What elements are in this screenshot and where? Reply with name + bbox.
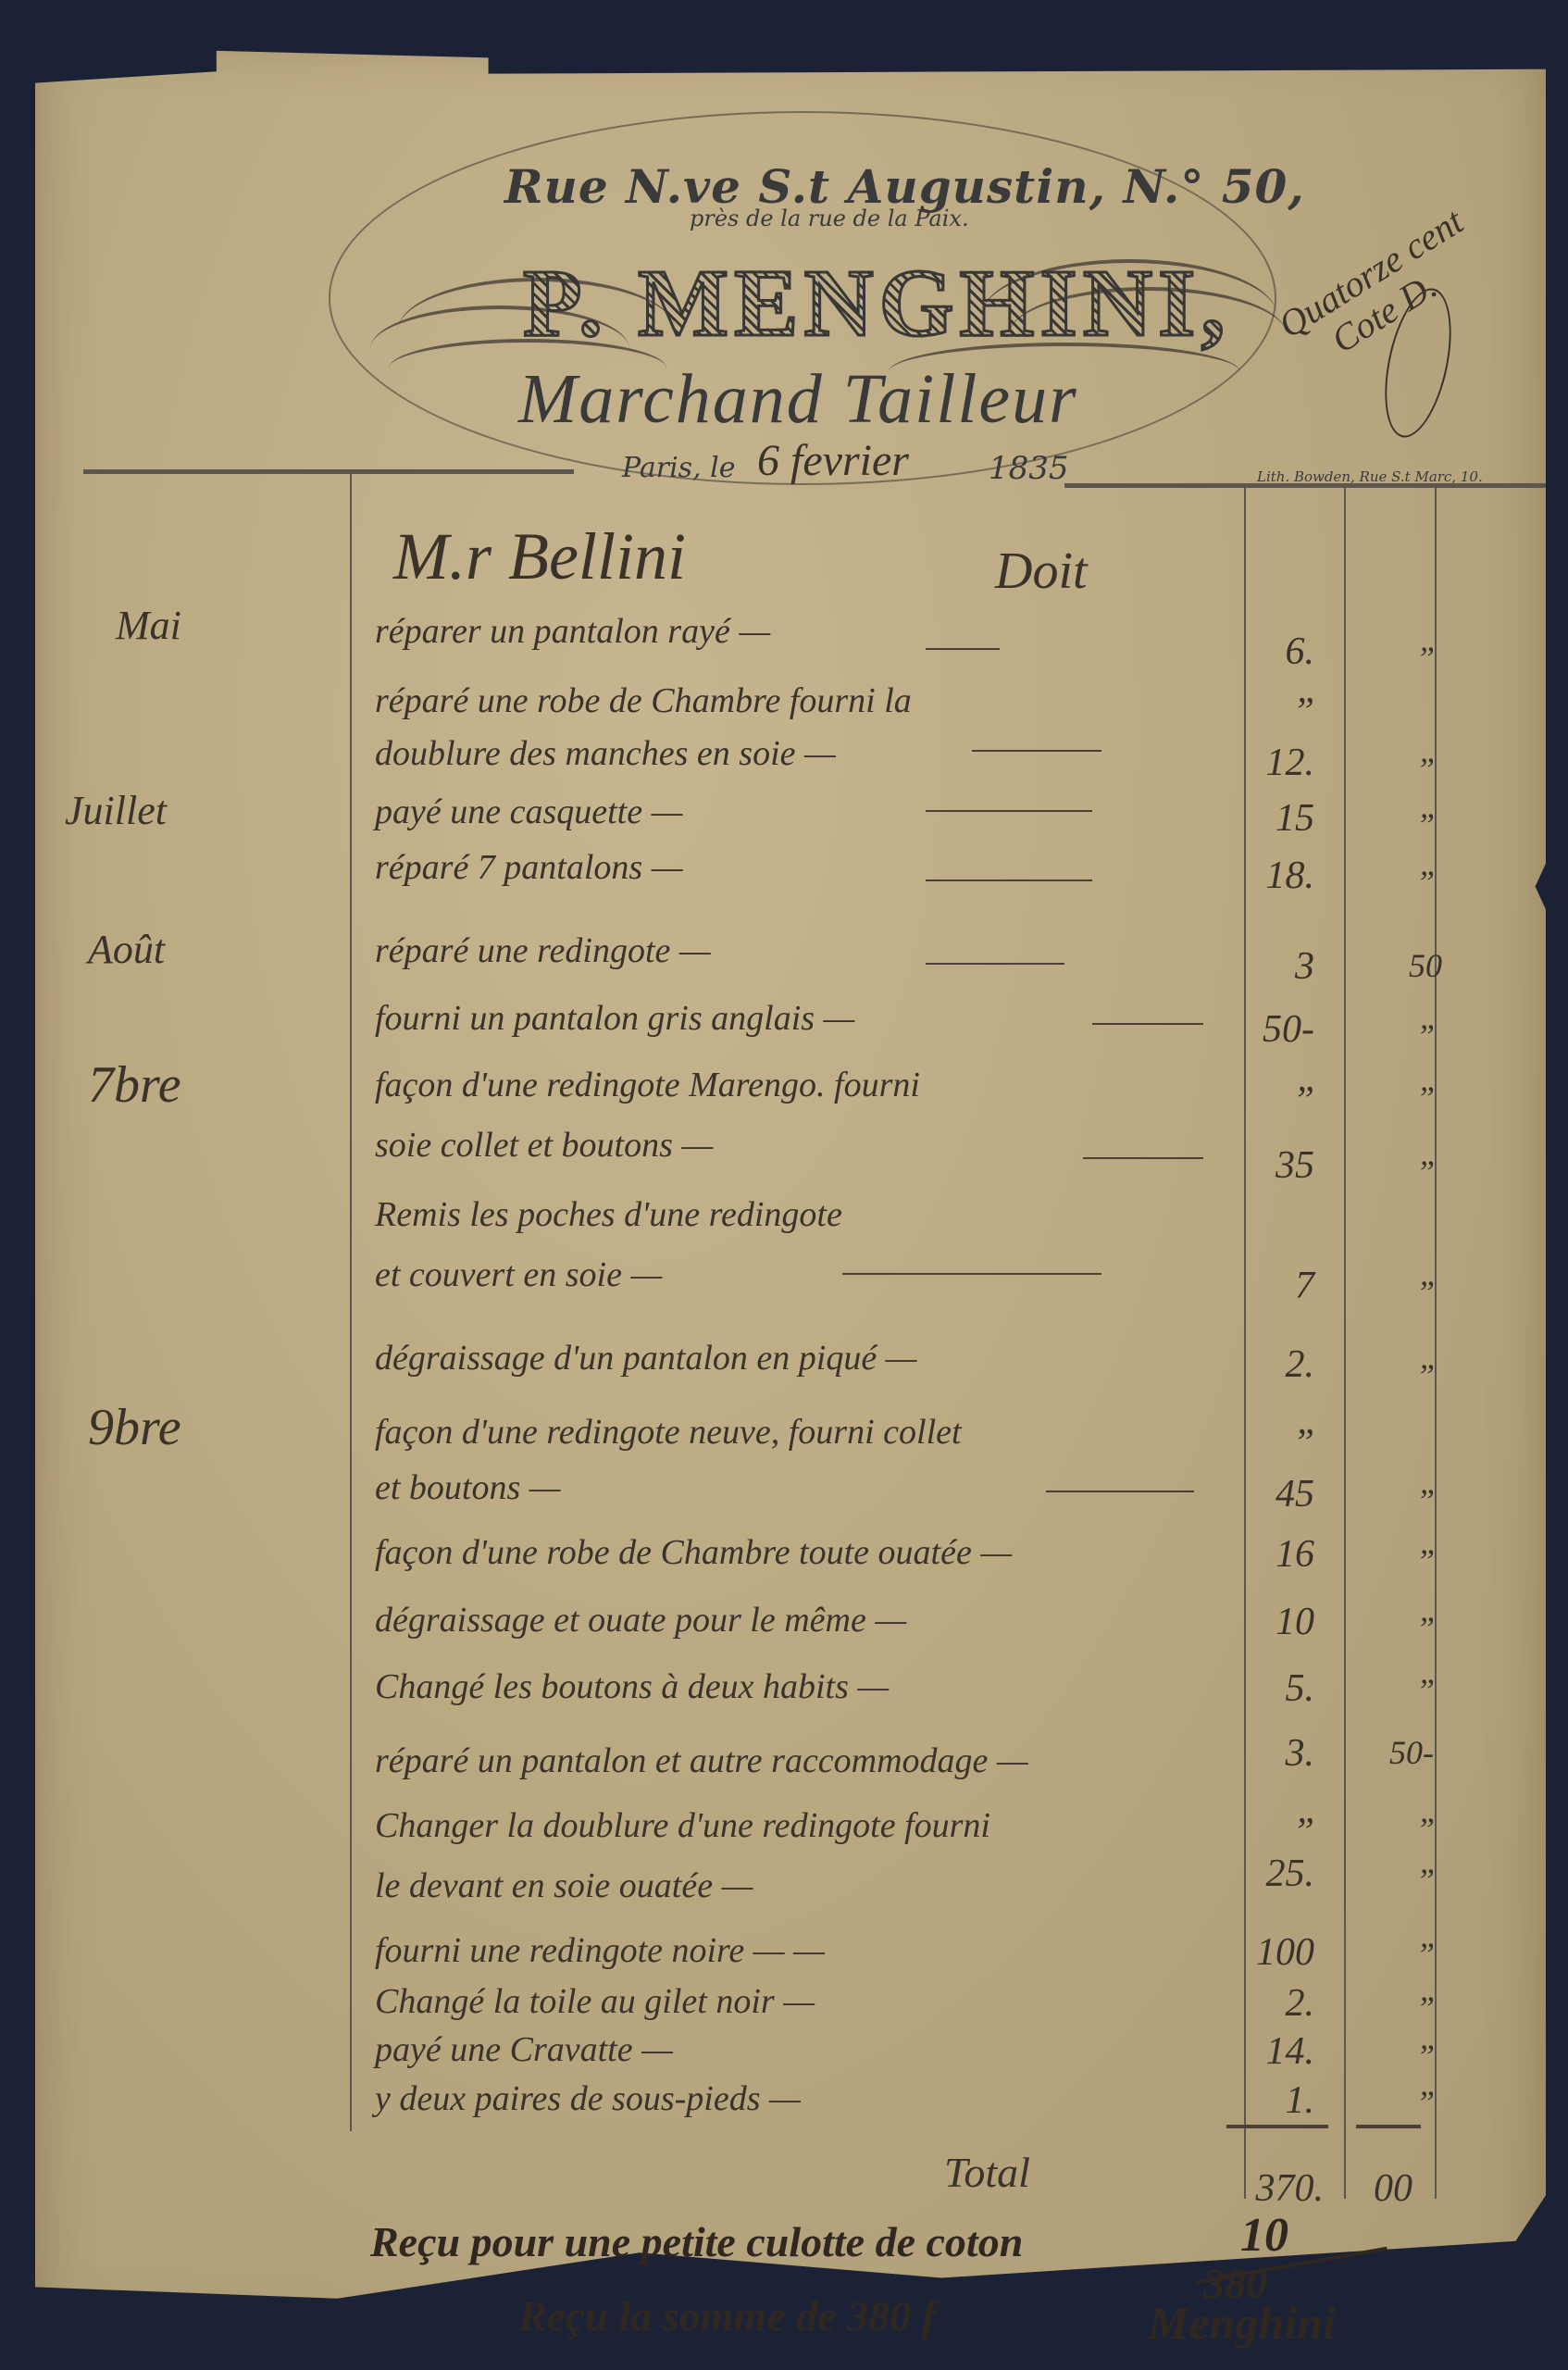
item-description: y deux paires de sous-pieds — [375,2078,801,2119]
item-description: Remis les poches d'une redingote [375,1194,842,1235]
item-cents: ” [1384,1017,1467,1055]
item-description: fourni un pantalon gris anglais — [375,998,854,1039]
fill-dash [972,750,1101,752]
item-cents: ” [1384,639,1467,678]
item-description: soie collet et boutons — [375,1125,713,1166]
item-cents: ” [1384,1989,1467,2027]
addressee: M.r Bellini [393,518,686,595]
item-description: façon d'une robe de Chambre toute ouatée… [375,1532,1012,1573]
item-description: et boutons — [375,1467,561,1508]
item-cents: ” [1384,750,1467,789]
item-cents: 50 [1384,946,1467,985]
item-cents: ” [1384,1356,1467,1395]
place-date-prefix: Paris, le [622,452,735,484]
item-francs: 2. [1222,1342,1314,1387]
item-description: et couvert en soie — [375,1254,662,1295]
item-francs: 100 [1222,1930,1314,1975]
item-cents: ” [1384,2037,1467,2076]
item-month: 7bre [88,1055,181,1115]
total-squiggle-francs [1226,2125,1328,2128]
item-francs: ” [1222,690,1314,734]
item-month: Août [88,926,165,973]
merchant-signature: Menghini [1148,2296,1336,2350]
merchant-trade: Marchand Tailleur [518,359,1078,440]
item-cents: ” [1384,1481,1467,1520]
item-cents: ” [1384,805,1467,844]
item-description: réparer un pantalon rayé — [375,611,770,652]
item-francs: 25. [1222,1852,1314,1896]
item-francs: 16 [1222,1532,1314,1577]
merchant-name: P. MENGHINI, [523,248,1230,358]
item-francs: ” [1222,1421,1314,1466]
item-cents: ” [1384,1810,1467,1849]
item-francs: ” [1222,1079,1314,1123]
item-francs: 18. [1222,854,1314,898]
item-description: Changer la doublure d'une redingote four… [375,1805,990,1846]
item-cents: ” [1384,1609,1467,1648]
item-cents: ” [1384,1861,1467,1900]
receipt-line-1-amount: 10 [1240,2208,1288,2263]
top-rule-right [1064,483,1546,488]
total-squiggle-cents [1356,2125,1421,2128]
item-francs: 3 [1222,944,1314,989]
item-description: payé une Cravatte — [375,2029,673,2070]
item-month: Juillet [65,787,167,834]
item-francs: 6. [1222,630,1314,674]
item-francs: 1. [1222,2078,1314,2123]
item-description: façon d'une redingote neuve, fourni coll… [375,1412,962,1453]
merchant-address-note: près de la rue de la Paix. [690,206,969,231]
item-month: Mai [116,602,181,649]
total-cents: 00 [1351,2166,1435,2211]
item-cents: ” [1384,2083,1467,2122]
item-month: 9bre [88,1398,181,1457]
item-francs: 3. [1222,1731,1314,1776]
item-description: le devant en soie ouatée — [375,1865,753,1906]
item-francs: 50- [1222,1007,1314,1052]
item-description: réparé 7 pantalons — [375,847,683,888]
item-cents: ” [1384,1079,1467,1117]
item-francs: 12. [1222,741,1314,785]
item-description: fourni une redingote noire — — [375,1930,825,1971]
receipt-line-2: Reçu la somme de 380 f [518,2291,936,2340]
item-description: doublure des manches en soie — [375,733,836,774]
invoice-date: 6 fevrier [757,435,909,486]
item-francs: 15 [1222,796,1314,841]
item-cents: ” [1384,1273,1467,1312]
item-cents: ” [1384,1935,1467,1974]
item-description: Changé la toile au gilet noir — [375,1981,815,2022]
fill-dash [842,1273,1101,1275]
item-francs: ” [1222,1810,1314,1854]
item-cents: ” [1384,1153,1467,1191]
fill-dash [1083,1157,1203,1159]
item-francs: 14. [1222,2029,1314,2074]
item-description: réparé une robe de Chambre fourni la [375,680,912,721]
item-francs: 45 [1222,1472,1314,1516]
item-cents: 50- [1370,1733,1453,1772]
owes-label: Doit [995,542,1088,601]
cents-column-line [1344,486,1346,2199]
item-description: réparé un pantalon et autre raccommodage… [375,1740,1028,1781]
item-francs: 7 [1222,1264,1314,1308]
total-label: Total [944,2148,1030,2197]
fill-dash [926,879,1092,881]
receipt-line-1: Reçu pour une petite culotte de coton [370,2217,1023,2266]
fill-dash [926,810,1092,812]
fill-dash [1092,1023,1203,1025]
margin-column-line [350,474,352,2131]
total-francs: 370. [1213,2166,1324,2211]
item-cents: ” [1384,1671,1467,1710]
fill-dash [1046,1491,1194,1492]
item-description: dégraissage d'un pantalon en piqué — [375,1338,916,1378]
fill-dash [926,963,1064,965]
item-francs: 5. [1222,1666,1314,1711]
item-cents: ” [1384,863,1467,902]
item-francs: 2. [1222,1981,1314,2026]
fill-dash [926,648,1000,650]
item-description: Changé les boutons à deux habits — [375,1666,889,1707]
item-description: façon d'une redingote Marengo. fourni [375,1065,920,1105]
item-francs: 35 [1222,1143,1314,1188]
item-cents: ” [1384,1541,1467,1580]
item-description: dégraissage et ouate pour le même — [375,1600,906,1640]
top-rule-left [83,469,574,474]
item-description: payé une casquette — [375,792,682,832]
item-description: réparé une redingote — [375,930,711,971]
invoice-year: 1835 [989,450,1069,487]
item-francs: 10 [1222,1600,1314,1644]
